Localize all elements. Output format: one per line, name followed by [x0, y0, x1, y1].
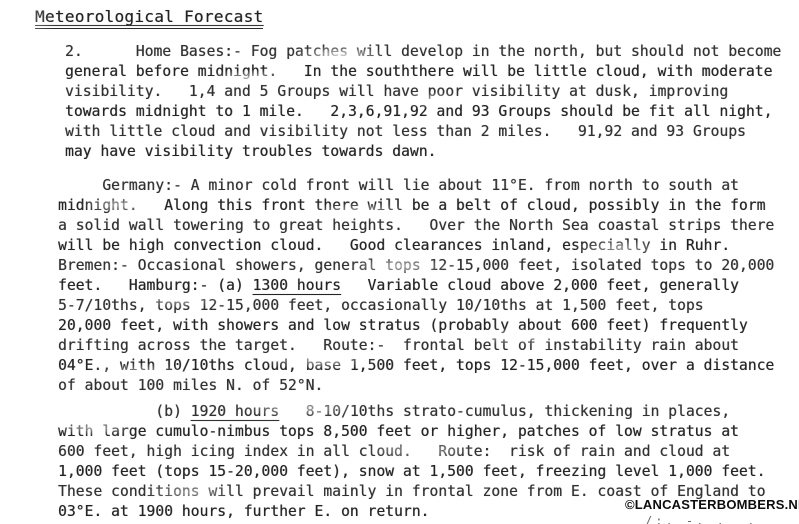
text-line: towards midnight to 1 mile. 2,3,6,91,92 … [65, 102, 781, 122]
watermark-text: ©LANCASTERBOMBERS.NET [625, 497, 799, 512]
text-line: Germany:- A minor cold front will lie ab… [58, 176, 774, 196]
text-line: drifting across the target. Route:- fron… [58, 336, 774, 356]
typewritten-text-layer: Meteorological Forecast 2. Home Bases:- … [0, 0, 799, 524]
text-line: of about 100 miles N. of 52°N. [58, 376, 774, 396]
text-line: (b) 1920 hours 8-10/10ths strato-cumulus… [58, 402, 765, 422]
text-line: a solid wall towering to great heights. … [58, 216, 774, 236]
document-title: Meteorological Forecast [35, 7, 263, 29]
text-line: Bremen:- Occasional showers, general top… [58, 256, 774, 276]
text-line: visibility. 1,4 and 5 Groups will have p… [65, 82, 781, 102]
text-line: 1,000 feet (tops 15-20,000 feet), snow a… [58, 462, 765, 482]
text-line: midnight. Along this front there will be… [58, 196, 774, 216]
text-line: 20,000 feet, with showers and low stratu… [58, 316, 774, 336]
text-line: will be high convection cloud. Good clea… [58, 236, 774, 256]
paragraph-home-bases: 2. Home Bases:- Fog patches will develop… [65, 42, 781, 162]
text-line: 04°E., with 10/10ths cloud, base 1,500 f… [58, 356, 774, 376]
text-line: with little cloud and visibility not les… [65, 122, 781, 142]
text-line: 5-7/10ths, tops 12-15,000 feet, occasion… [58, 296, 774, 316]
text-line: with large cumulo-nimbus tops 8,500 feet… [58, 422, 765, 442]
illegible-fragment: /:. -. . . [645, 514, 757, 524]
text-line: feet. Hamburg:- (a) 1300 hours Variable … [58, 276, 774, 296]
text-line: 600 feet, high icing index in all cloud.… [58, 442, 765, 462]
text-line: may have visibility troubles towards daw… [65, 142, 781, 162]
scanned-document-page: Meteorological Forecast 2. Home Bases:- … [0, 0, 799, 524]
text-line: general before midnight. In the souththe… [65, 62, 781, 82]
paragraph-germany-forecast: Germany:- A minor cold front will lie ab… [58, 176, 774, 396]
text-line: 2. Home Bases:- Fog patches will develop… [65, 42, 781, 62]
